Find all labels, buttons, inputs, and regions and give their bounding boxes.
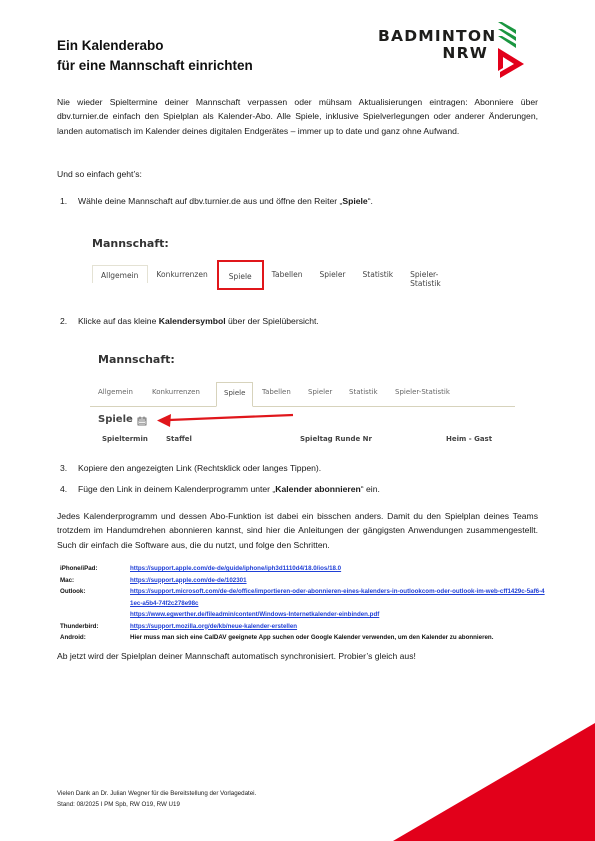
screenshot-spiele-view: Mannschaft: Allgemein Konkurrenzen Spiel… (90, 349, 515, 449)
team-title: Mannschaft: (98, 353, 175, 366)
team-tabs: Allgemein Konkurrenzen Spiele Tabellen S… (90, 382, 515, 407)
col-spieltag-runde-nr: Spieltag Runde Nr (300, 435, 372, 443)
logo-line-2: NRW (378, 45, 488, 62)
explanation-paragraph: Jedes Kalenderprogramm und dessen Abo-Fu… (57, 509, 538, 552)
step-text: Wähle deine Mannschaft auf dbv.turnier.d… (78, 196, 342, 206)
step-number: 1. (60, 195, 78, 207)
col-heim-gast: Heim - Gast (446, 435, 492, 443)
app-row-mac: Mac: https://support.apple.com/de-de/102… (60, 575, 545, 587)
iphone-link[interactable]: https://support.apple.com/de-de/guide/ip… (130, 563, 545, 575)
app-row-android: Android: Hier muss man sich eine CalDAV … (60, 632, 545, 644)
step-text-end: über der Spielübersicht. (226, 316, 319, 326)
badminton-nrw-logo: BADMINTON NRW (378, 22, 528, 80)
tab-spiele-active[interactable]: Spiele (216, 382, 253, 407)
tab-spiele-highlighted[interactable]: Spiele (217, 260, 264, 290)
app-links-list: iPhone/iPad: https://support.apple.com/d… (60, 563, 545, 644)
tab-spieler-statistik[interactable]: Spieler-Statistik (402, 265, 466, 283)
step-text-end: “. (368, 196, 373, 206)
tab-tabellen[interactable]: Tabellen (262, 388, 291, 396)
screenshot-team-tabs: Mannschaft: Allgemein Konkurrenzen Spiel… (86, 232, 466, 294)
red-arrow-icon (155, 411, 295, 429)
app-label: Android: (60, 632, 130, 644)
step-2: 2.Klicke auf das kleine Kalendersymbol ü… (60, 315, 319, 327)
tab-tabellen[interactable]: Tabellen (264, 265, 312, 283)
step-text-end: “ ein. (361, 484, 380, 494)
thunderbird-link[interactable]: https://support.mozilla.org/de/kb/neue-k… (130, 621, 545, 633)
lead-text: Und so einfach geht’s: (57, 167, 538, 181)
app-row-iphone: iPhone/iPad: https://support.apple.com/d… (60, 563, 545, 575)
page-title: Ein Kalenderabo für eine Mannschaft einr… (57, 36, 253, 76)
footer: Vielen Dank an Dr. Julian Wegner für die… (57, 789, 256, 810)
outlook-windows-link[interactable]: https://www.egwerther.de/fileadmin/conte… (130, 609, 545, 621)
footer-credits: Vielen Dank an Dr. Julian Wegner für die… (57, 789, 256, 800)
step-text: Füge den Link in deinem Kalenderprogramm… (78, 484, 275, 494)
step-text: Klicke auf das kleine (78, 316, 159, 326)
step-number: 4. (60, 483, 78, 495)
step-1: 1.Wähle deine Mannschaft auf dbv.turnier… (60, 195, 373, 207)
logo-mark-icon (494, 22, 528, 80)
col-staffel: Staffel (166, 435, 192, 443)
android-text: Hier muss man sich eine CalDAV geeignete… (130, 632, 545, 644)
step-text: Kopiere den angezeigten Link (Rechtsklic… (78, 463, 321, 473)
app-label: iPhone/iPad: (60, 563, 130, 575)
tab-statistik[interactable]: Statistik (349, 388, 378, 396)
intro-paragraph: Nie wieder Spieltermine deiner Mannschaf… (57, 95, 538, 138)
tab-spieler-statistik[interactable]: Spieler-Statistik (395, 388, 450, 396)
tab-allgemein[interactable]: Allgemein (98, 388, 133, 396)
step-4: 4.Füge den Link in deinem Kalenderprogra… (60, 483, 380, 495)
tab-konkurrenzen[interactable]: Konkurrenzen (152, 388, 200, 396)
calendar-icon[interactable] (137, 416, 147, 426)
step-bold: Kalendersymbol (159, 316, 226, 326)
mac-link[interactable]: https://support.apple.com/de-de/102301 (130, 575, 545, 587)
logo-wordmark: BADMINTON NRW (378, 28, 488, 62)
tab-konkurrenzen[interactable]: Konkurrenzen (148, 265, 216, 283)
tab-allgemein[interactable]: Allgemein (92, 265, 148, 283)
app-label: Thunderbird: (60, 621, 130, 633)
app-row-thunderbird: Thunderbird: https://support.mozilla.org… (60, 621, 545, 633)
outlook-link[interactable]: https://support.microsoft.com/de-de/offi… (130, 586, 545, 609)
col-spieltermin: Spieltermin (102, 435, 148, 443)
spiele-heading: Spiele (98, 414, 133, 425)
step-number: 3. (60, 462, 78, 474)
team-title: Mannschaft: (92, 237, 169, 250)
closing-text: Ab jetzt wird der Spielplan deiner Manns… (57, 650, 416, 662)
step-3: 3.Kopiere den angezeigten Link (Rechtskl… (60, 462, 321, 474)
step-bold: Kalender abonnieren (275, 484, 360, 494)
logo-line-1: BADMINTON (378, 28, 488, 45)
team-tabs: Allgemein Konkurrenzen Spiele Tabellen S… (92, 265, 466, 290)
tab-spieler[interactable]: Spieler (312, 265, 355, 283)
app-label: Mac: (60, 575, 130, 587)
tab-spieler[interactable]: Spieler (308, 388, 332, 396)
tab-statistik[interactable]: Statistik (355, 265, 403, 283)
step-number: 2. (60, 315, 78, 327)
title-line-1: Ein Kalenderabo (57, 36, 253, 56)
footer-status: Stand: 08/2025 I PM Spb, RW O19, RW U19 (57, 800, 256, 811)
app-row-outlook: Outlook: https://support.microsoft.com/d… (60, 586, 545, 621)
app-label: Outlook: (60, 586, 130, 621)
step-bold: Spiele (342, 196, 367, 206)
title-line-2: für eine Mannschaft einrichten (57, 56, 253, 76)
